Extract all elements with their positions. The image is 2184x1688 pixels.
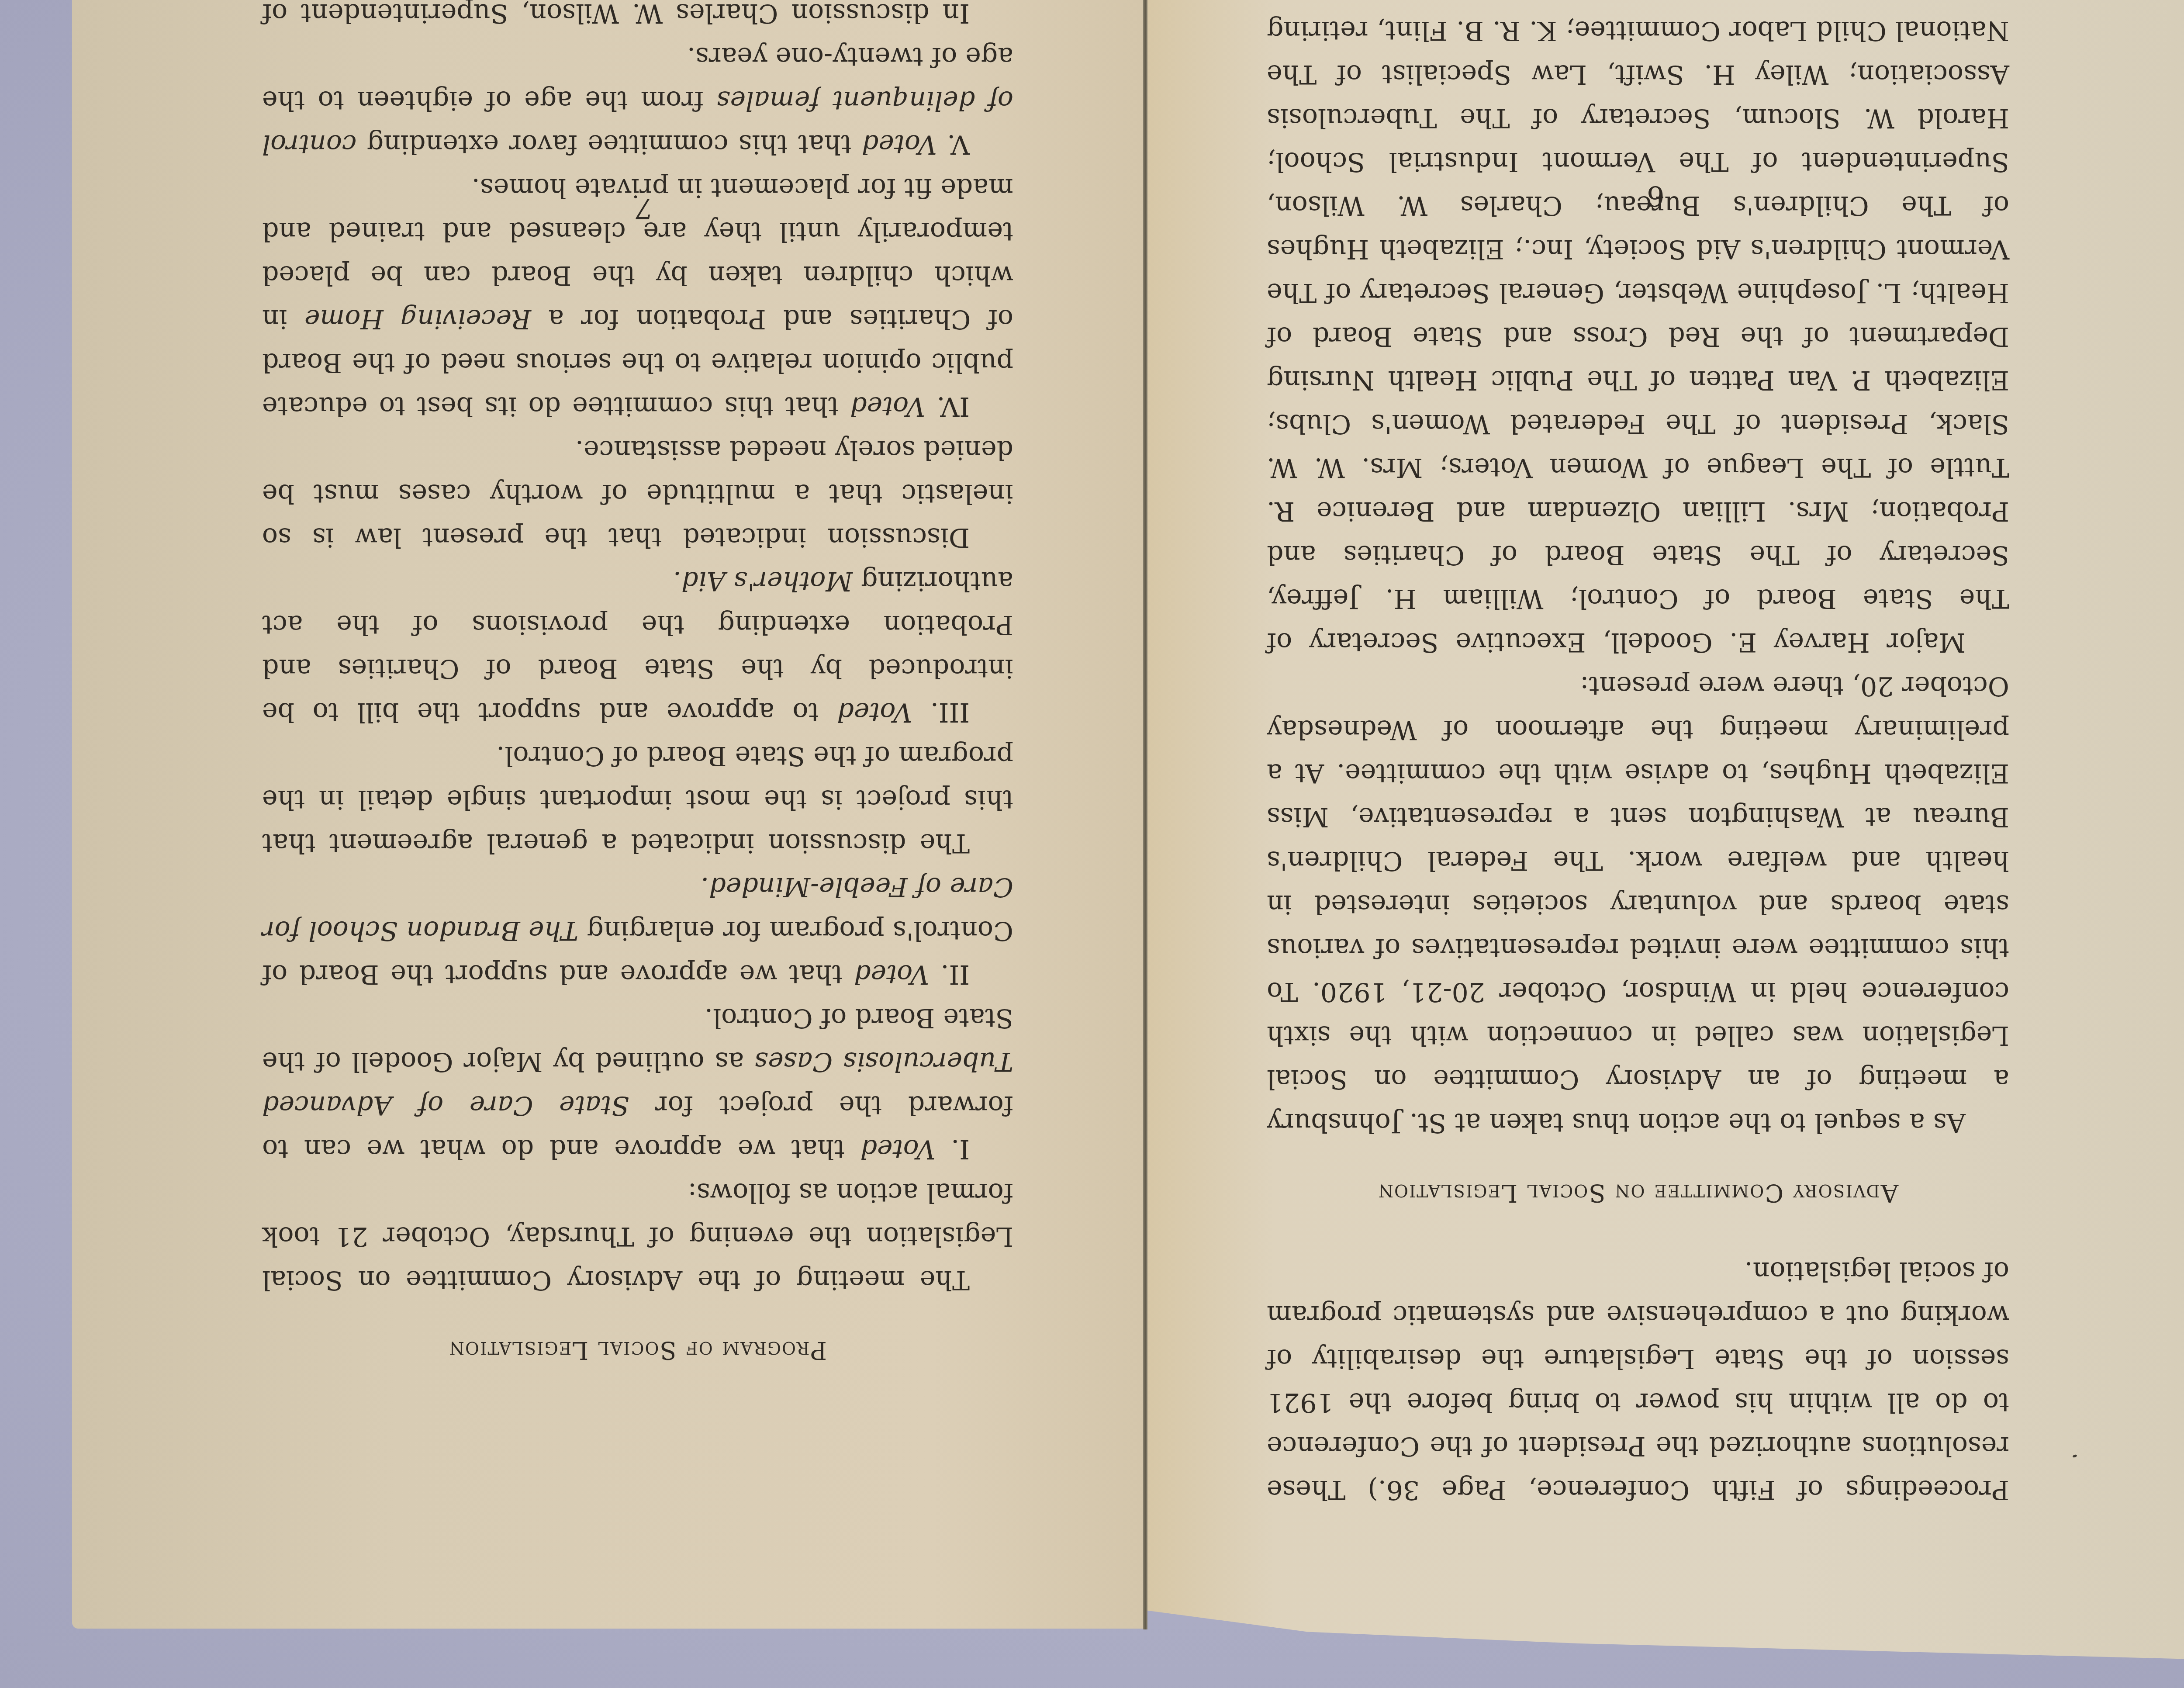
right-page-text: Proceedings of Fifth Conference, Page 36… bbox=[1267, 306, 2009, 1512]
section-heading-program: Program of Social Legislation bbox=[262, 1328, 1013, 1372]
right-page-paragraphs: As a sequel to the action thus taken at … bbox=[1267, 0, 2009, 1145]
paragraph: IV. Voted that this committee do its bes… bbox=[262, 166, 1013, 428]
right-page-opening-paragraph: Proceedings of Fifth Conference, Page 36… bbox=[1267, 1249, 2009, 1512]
paragraph: As a sequel to the action thus taken at … bbox=[1267, 664, 2009, 1145]
book-spread: 7 Program of Social Legislation The meet… bbox=[0, 0, 2184, 1688]
left-page-paragraphs: The meeting of the Advisory Committee on… bbox=[262, 0, 1013, 1302]
left-page-text: Program of Social Legislation The meetin… bbox=[262, 253, 1013, 1372]
paragraph: III. Voted to approve and support the bi… bbox=[262, 559, 1013, 734]
paragraph: II. Voted that we approve and support th… bbox=[262, 865, 1013, 996]
section-heading-advisory-committee: Advisory Committee on Social Legislation bbox=[1267, 1171, 2009, 1214]
paragraph: Major Harvey E. Goodell, Executive Secre… bbox=[1267, 0, 2009, 664]
paragraph: The discussion indicated a general agree… bbox=[262, 734, 1013, 865]
paragraph: I. Voted that we approve and do what we … bbox=[262, 996, 1013, 1171]
paragraph: V. Voted that this committee favor exten… bbox=[262, 35, 1013, 166]
book-spine-gutter bbox=[1143, 0, 1147, 1629]
paragraph: The meeting of the Advisory Committee on… bbox=[262, 1171, 1013, 1302]
paragraph: Proceedings of Fifth Conference, Page 36… bbox=[1267, 1249, 2009, 1512]
paragraph: In discussion Charles W. Wilson, Superin… bbox=[262, 0, 1013, 35]
paragraph: Discussion indicated that the present la… bbox=[262, 428, 1013, 559]
